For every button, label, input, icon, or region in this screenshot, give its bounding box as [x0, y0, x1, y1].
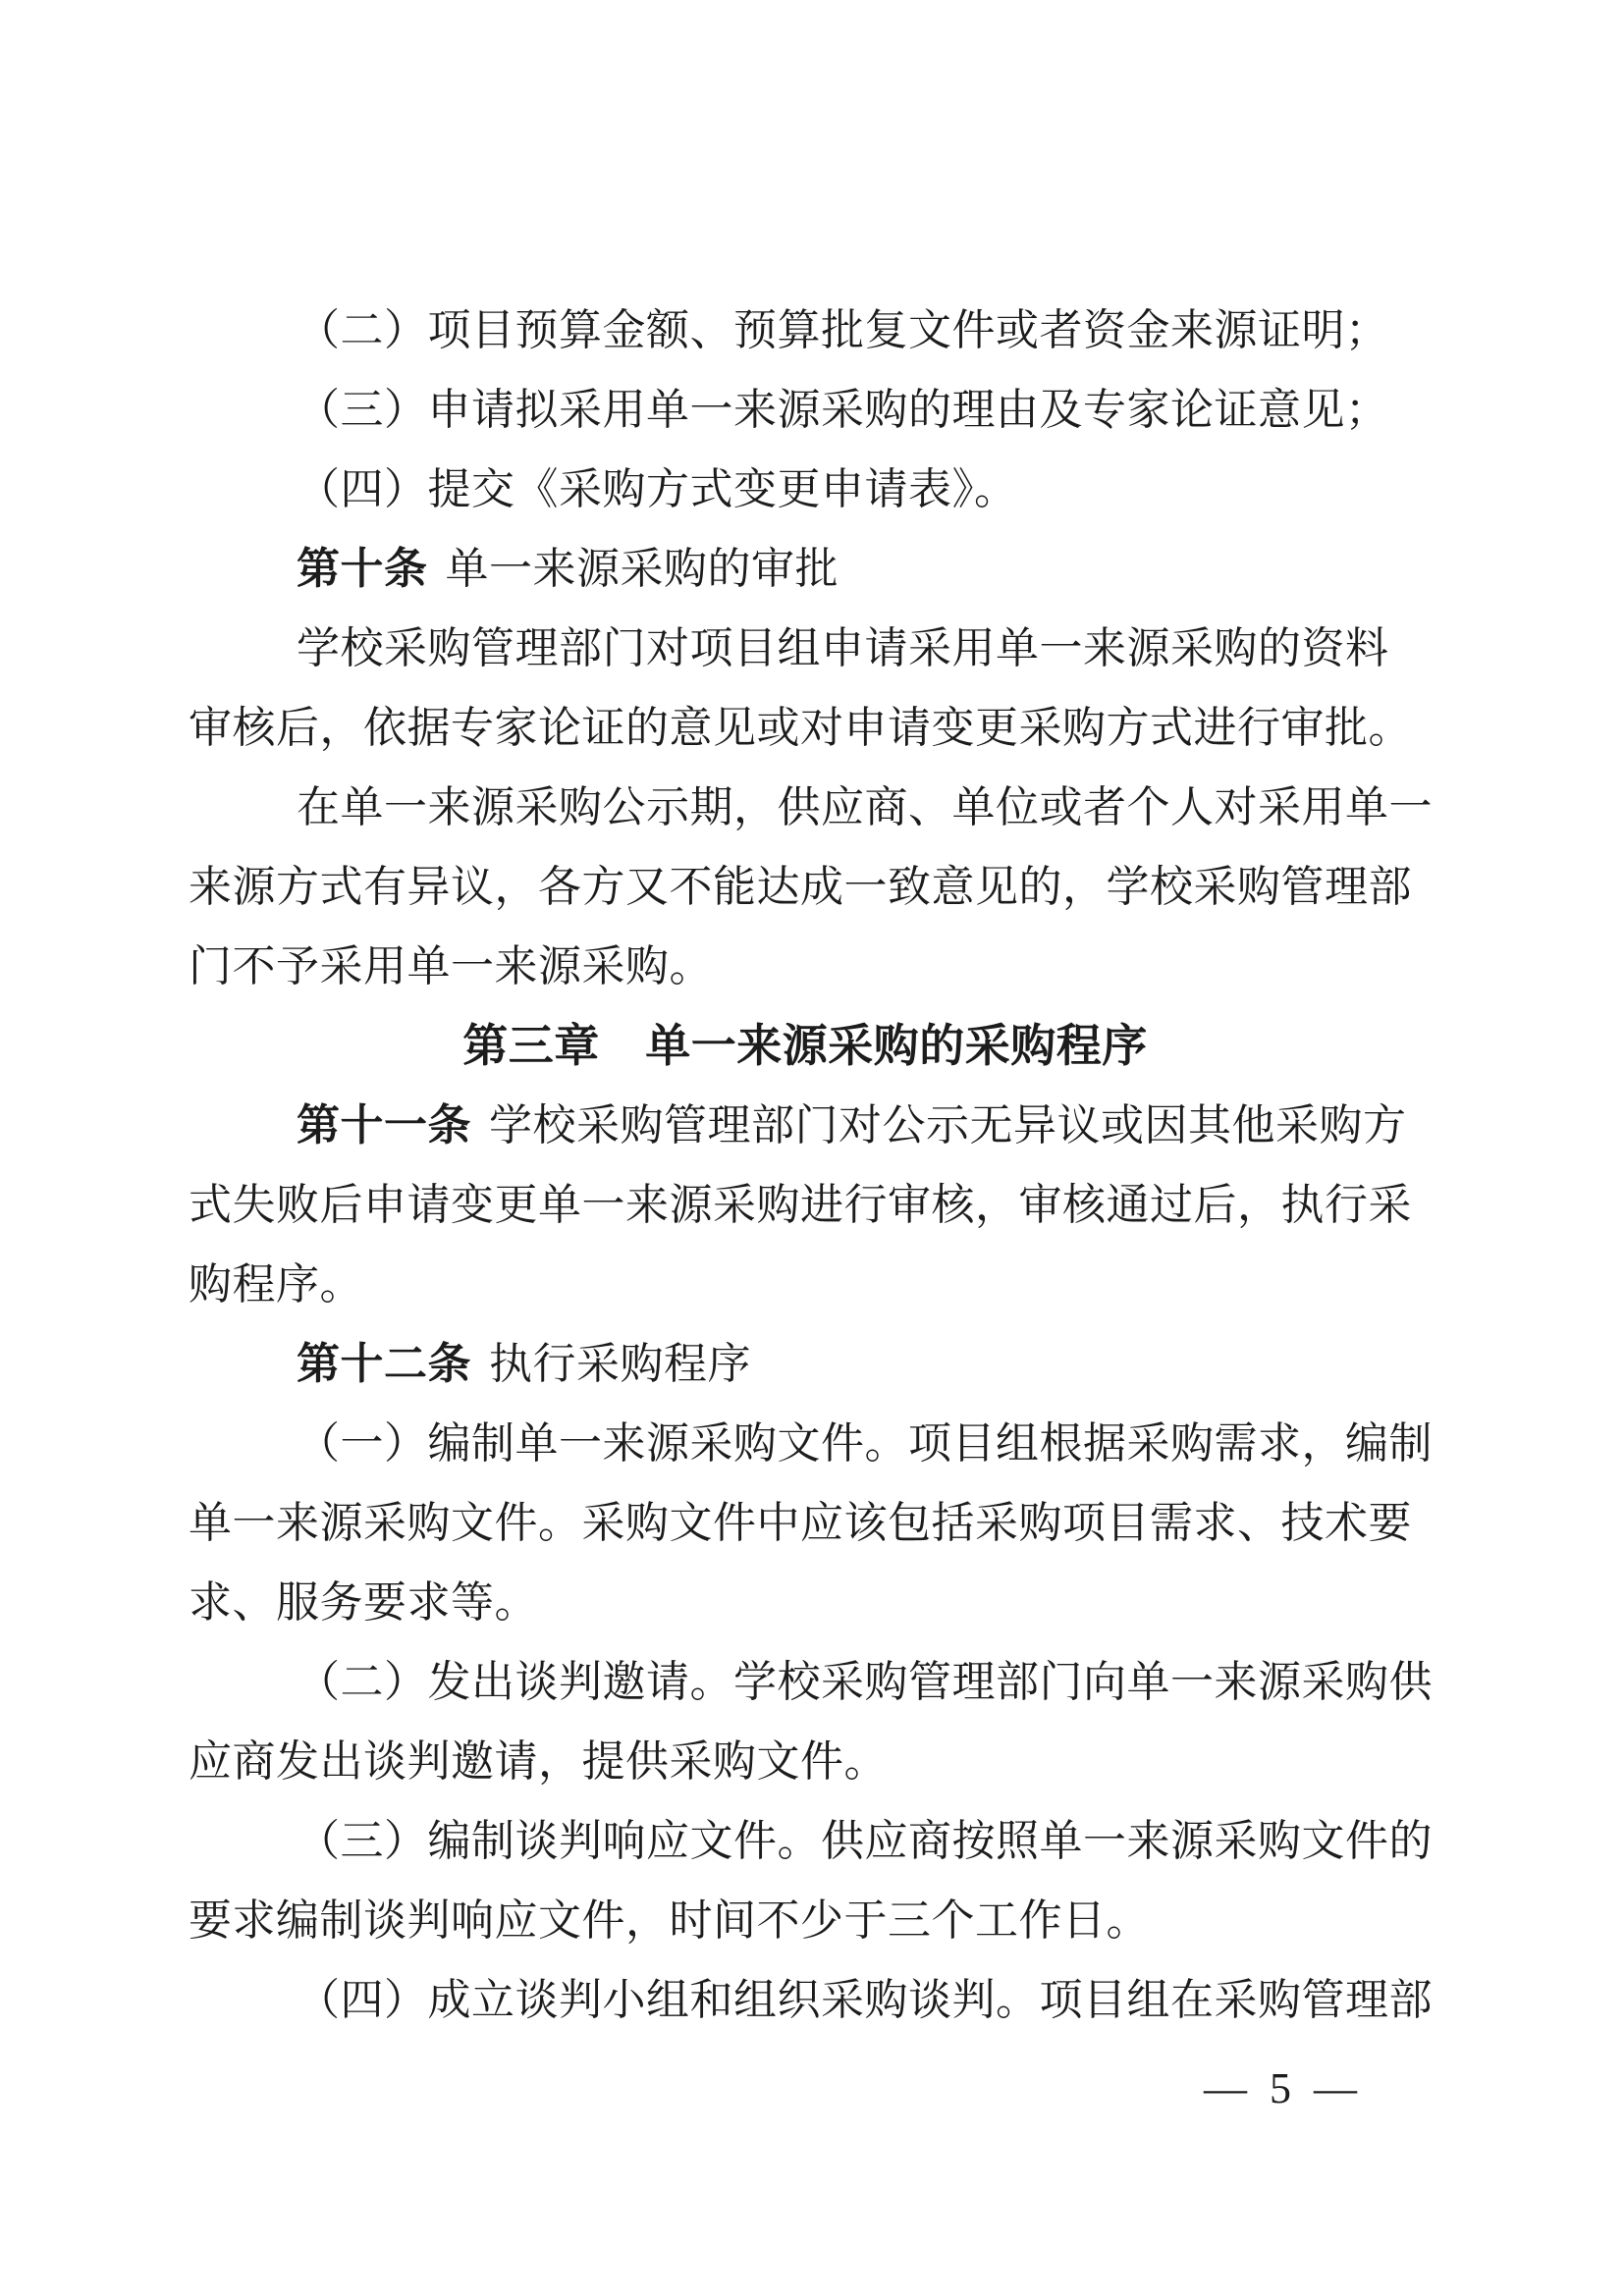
line-text: 来源方式有异议，各方又不能达成一致意见的，学校采购管理部: [189, 863, 1412, 911]
line-text: 学校采购管理部门对公示无异议或因其他采购方: [489, 1101, 1407, 1149]
text-line: 要求编制谈判响应文件，时间不少于三个工作日。: [189, 1881, 1422, 1960]
line-text: （二）发出谈判邀请。学校采购管理部门向单一来源采购供: [297, 1658, 1433, 1706]
line-text: （三）申请拟采用单一来源采购的理由及专家论证意见；: [297, 386, 1389, 434]
line-text: 学校采购管理部门对项目组申请采用单一来源采购的资料: [297, 624, 1389, 672]
text-line: 来源方式有异议，各方又不能达成一致意见的，学校采购管理部: [189, 847, 1422, 927]
text-line: 第十条单一来源采购的审批: [189, 529, 1422, 609]
line-text: 单一来源采购文件。采购文件中应该包括采购项目需求、技术要: [189, 1499, 1412, 1547]
text-line: 第十一条学校采购管理部门对公示无异议或因其他采购方: [189, 1086, 1422, 1165]
line-text: 购程序。: [189, 1260, 363, 1308]
text-line: 门不予采用单一来源采购。: [189, 927, 1422, 1006]
text-line: 学校采购管理部门对项目组申请采用单一来源采购的资料: [189, 609, 1422, 688]
document-page: （二）项目预算金额、预算批复文件或者资金来源证明；（三）申请拟采用单一来源采购的…: [0, 0, 1624, 2296]
chapter-heading: 第三章 单一来源采购的采购程序: [189, 1006, 1422, 1086]
line-text: 门不予采用单一来源采购。: [189, 942, 713, 990]
text-line: （三）编制谈判响应文件。供应商按照单一来源采购文件的: [189, 1801, 1422, 1881]
line-text: 单一来源采购的审批: [446, 545, 839, 593]
text-line: 第十二条执行采购程序: [189, 1324, 1422, 1404]
line-text: 审核后，依据专家论证的意见或对申请变更采购方式进行审批。: [189, 704, 1412, 752]
article-number: 第十一条: [297, 1101, 471, 1149]
text-line: （二）项目预算金额、预算批复文件或者资金来源证明；: [189, 291, 1422, 370]
line-text: 应商发出谈判邀请，提供采购文件。: [189, 1737, 888, 1786]
line-text: （四）成立谈判小组和组织采购谈判。项目组在采购管理部: [297, 1976, 1433, 2024]
line-text: （四）提交《采购方式变更申请表》。: [297, 465, 1018, 513]
page-number: — 5 —: [1204, 2059, 1363, 2118]
text-line: 在单一来源采购公示期，供应商、单位或者个人对采用单一: [189, 768, 1422, 847]
text-line: （四）提交《采购方式变更申请表》。: [189, 450, 1422, 529]
text-line: （三）申请拟采用单一来源采购的理由及专家论证意见；: [189, 370, 1422, 450]
document-body: （二）项目预算金额、预算批复文件或者资金来源证明；（三）申请拟采用单一来源采购的…: [189, 291, 1422, 2040]
text-line: （二）发出谈判邀请。学校采购管理部门向单一来源采购供: [189, 1642, 1422, 1722]
line-text: 执行采购程序: [489, 1340, 751, 1388]
line-text: （一）编制单一来源采购文件。项目组根据采购需求，编制: [297, 1419, 1433, 1468]
article-number: 第十条: [297, 545, 428, 593]
text-line: 式失败后申请变更单一来源采购进行审核，审核通过后，执行采: [189, 1165, 1422, 1245]
text-line: 单一来源采购文件。采购文件中应该包括采购项目需求、技术要: [189, 1483, 1422, 1563]
text-line: 购程序。: [189, 1245, 1422, 1324]
line-text: 要求编制谈判响应文件，时间不少于三个工作日。: [189, 1896, 1150, 1945]
line-text: 第三章 单一来源采购的采购程序: [462, 1020, 1148, 1071]
line-text: 在单一来源采购公示期，供应商、单位或者个人对采用单一: [297, 783, 1433, 831]
line-text: （三）编制谈判响应文件。供应商按照单一来源采购文件的: [297, 1817, 1433, 1865]
line-text: 式失败后申请变更单一来源采购进行审核，审核通过后，执行采: [189, 1181, 1412, 1229]
text-line: 审核后，依据专家论证的意见或对申请变更采购方式进行审批。: [189, 688, 1422, 768]
text-line: 求、服务要求等。: [189, 1563, 1422, 1642]
article-number: 第十二条: [297, 1340, 471, 1388]
text-line: （四）成立谈判小组和组织采购谈判。项目组在采购管理部: [189, 1960, 1422, 2040]
text-line: 应商发出谈判邀请，提供采购文件。: [189, 1722, 1422, 1801]
line-text: 求、服务要求等。: [189, 1578, 538, 1627]
text-line: （一）编制单一来源采购文件。项目组根据采购需求，编制: [189, 1404, 1422, 1483]
line-text: （二）项目预算金额、预算批复文件或者资金来源证明；: [297, 306, 1389, 354]
